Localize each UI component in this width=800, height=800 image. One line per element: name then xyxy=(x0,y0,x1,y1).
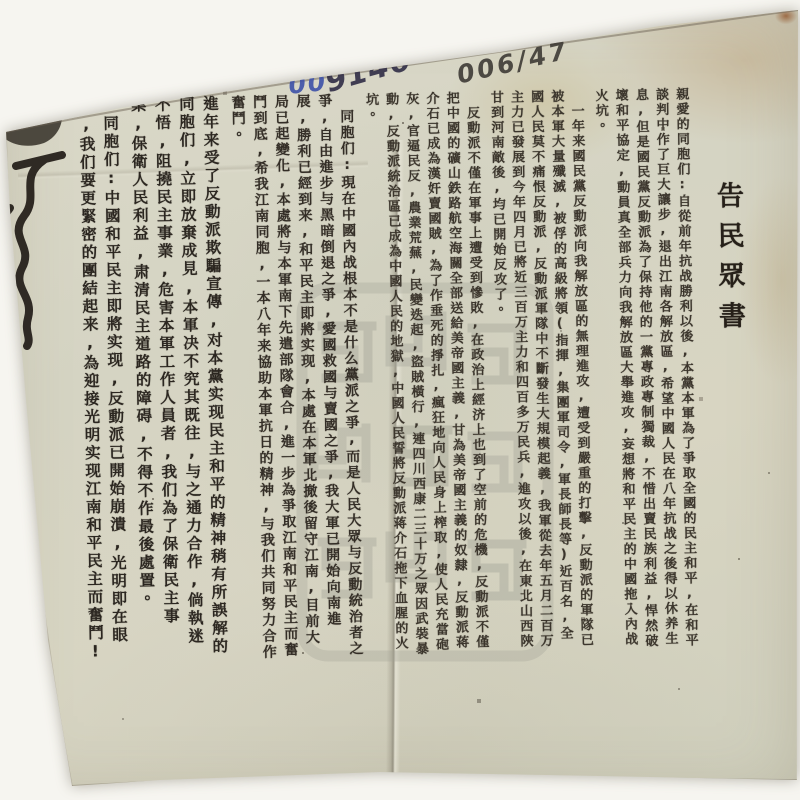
text-paragraph: 同胞们:現在中國內战根本不是什么黨派之爭,而是人民大眾与反動統治者之爭,自由進步… xyxy=(226,93,366,661)
document-title: 告民眾書 xyxy=(706,86,755,653)
text-paragraph: 一年来國民黨反動派向我解放區的無理進攻,遭受到嚴重的打擊,反動派的軍隊已被本軍大… xyxy=(485,89,596,657)
text-paragraph: 進年来受了反動派欺騙宣傳,对本黨实现民主和平的精神稍有所誤解的同胞们,立即放棄成… xyxy=(126,95,232,663)
document-page: 00 9146 006/47 告民眾書 親愛的同胞们:自從前年抗战勝利以後,本黨… xyxy=(0,0,800,800)
document-text: 告民眾書 親愛的同胞们:自從前年抗战勝利以後,本黨本軍為了爭取全國的民主和平,在… xyxy=(51,86,761,664)
text-paragraph: 反動派不僅在軍事上遭受到慘敗,在政治上經济上也到了空前的危機,反動派不僅把中國的… xyxy=(360,91,491,659)
scan-background: 00 9146 006/47 告民眾書 親愛的同胞们:自從前年抗战勝利以後,本黨… xyxy=(0,0,800,800)
text-paragraph: 同胞们:中國和平民主即將实现,反動派已開始崩潰,光明即在眼前,我们要更緊密的團結… xyxy=(74,97,132,664)
paper-shadow: 00 9146 006/47 告民眾書 親愛的同胞们:自從前年抗战勝利以後,本黨… xyxy=(0,0,800,800)
text-paragraph: 親愛的同胞们:自從前年抗战勝利以後,本黨本軍為了爭取全國的民主和平,在和平談判中… xyxy=(589,87,700,655)
ink-specks xyxy=(0,0,2,2)
